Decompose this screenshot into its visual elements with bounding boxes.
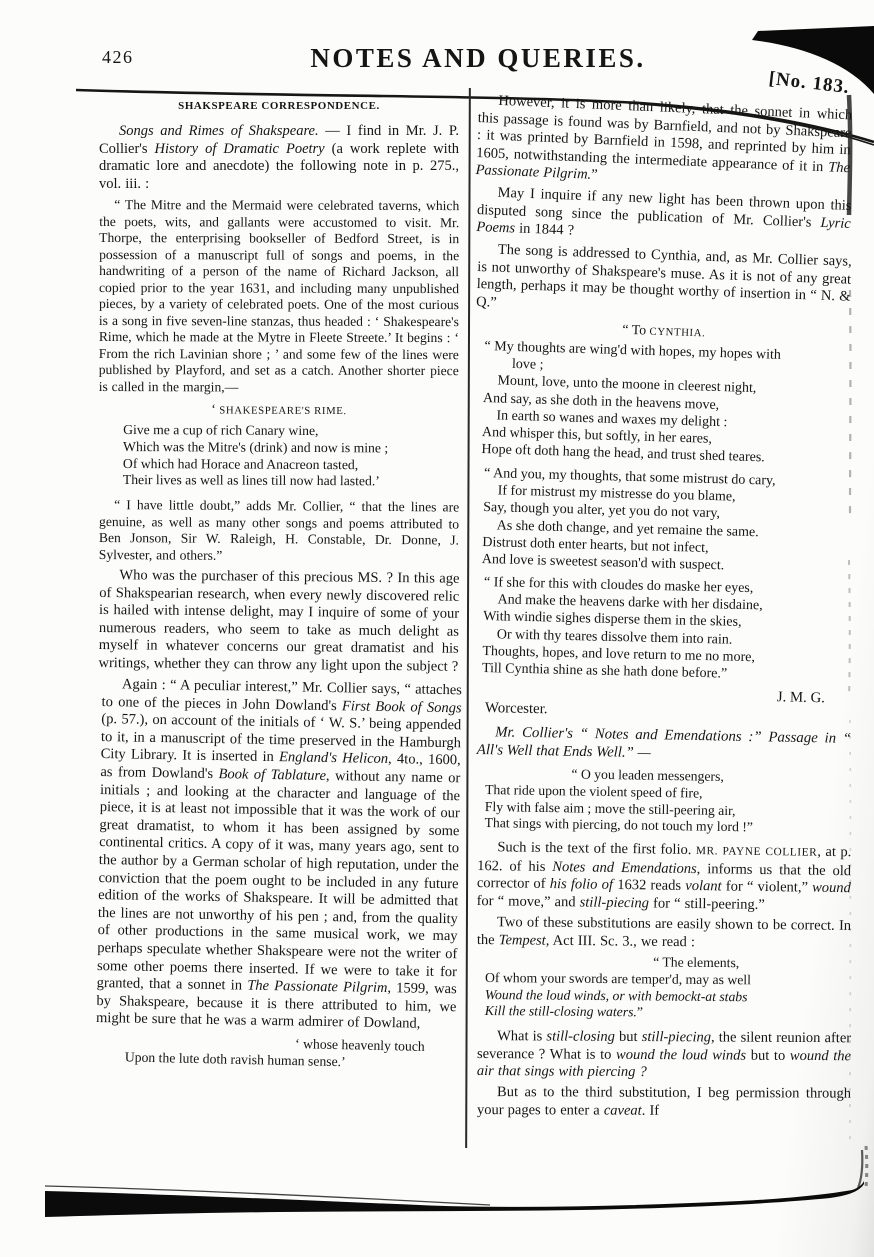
para-block: The song is addressed to Cynthia, and, a… — [476, 241, 852, 324]
text-run: but to — [746, 1047, 790, 1063]
bottom-edge-flick — [858, 1150, 862, 1188]
text-run: for “ move,” and — [477, 893, 580, 910]
para-block: Again : “ A peculiar interest,” Mr. Coll… — [96, 676, 462, 1034]
text-run: but — [615, 1028, 642, 1044]
text-run: , without any name or initials ; and loo… — [97, 768, 461, 994]
text-run: Worcester. — [485, 700, 548, 717]
verse-block: ‘ whose heavenly touchUpon the lute doth… — [107, 1032, 460, 1073]
stanza-block: “ If she for this with cloudes do maske … — [482, 574, 852, 686]
ital-head-block: Mr. Collier's “ Notes and Emendations :”… — [477, 724, 852, 766]
left-column: Shakspeare Correspondence.Songs and Rime… — [99, 96, 459, 1073]
text-run: Till Cynthia shine as she hath done befo… — [482, 661, 727, 682]
scanned-book-page: 426 NOTES AND QUERIES. [No. 183. Shakspe… — [0, 0, 874, 1257]
italic-text: volant — [685, 878, 721, 895]
para-block: May I inquire if any new light has been … — [476, 184, 852, 251]
text-run: for “ still-peering.” — [649, 895, 765, 913]
para-block: However, it is more than likely, that th… — [475, 92, 852, 195]
verse-head-block: ‘ Shakespeare's Rime. — [99, 401, 459, 419]
italic-text: his folio of — [550, 876, 613, 893]
small-caps-text: Mr. Payne Collier — [696, 845, 818, 859]
text-run: . If — [642, 1103, 659, 1119]
para-block: Two of these substitutions are easily sh… — [477, 914, 851, 953]
text-run: 1632 reads — [613, 877, 686, 894]
italic-text: England's Helicon — [279, 750, 388, 768]
verse-block: “ The elements,Of whom your swords are t… — [485, 953, 852, 1023]
bottom-edge-lead-line — [45, 1186, 490, 1205]
text-run: Of which had Horace and Anacreon tasted, — [123, 456, 358, 472]
italic-text: wound the loud winds — [616, 1046, 746, 1063]
para-block: Songs and Rimes of Shakspeare. — I find … — [99, 123, 459, 193]
text-run: But as to the third substitution, I beg … — [477, 1084, 851, 1118]
text-run: ” — [591, 167, 598, 183]
italic-text: Kill the still-closing waters. — [485, 1004, 637, 1020]
journal-title: NOTES AND QUERIES. — [118, 43, 838, 74]
italic-text: still-piecing — [642, 1029, 711, 1045]
text-run: Who was the purchaser of this precious M… — [98, 567, 459, 675]
text-run: However, it is more than likely, that th… — [476, 93, 853, 175]
text-run: love ; — [484, 356, 544, 373]
small-caps-text: Shakspeare Correspondence. — [178, 100, 380, 112]
bottom-edge-shadow — [45, 1181, 864, 1217]
text-run: J. M. G. — [777, 689, 825, 706]
stanza-block: “ My thoughts are wing'd with hopes, my … — [481, 338, 852, 469]
verse-line: Kill the still-closing waters.” — [485, 1004, 851, 1024]
verse-block: “ O you leaden messengers,That ride upon… — [484, 765, 851, 838]
para-block: Who was the purchaser of this precious M… — [98, 567, 459, 676]
para-block: But as to the third substitution, I beg … — [477, 1084, 851, 1121]
italic-text: The Passionate Pilgrim — [247, 978, 387, 996]
italic-text: Wound the loud winds, or with bemockt-at… — [485, 987, 748, 1004]
italic-text: still-closing — [546, 1028, 615, 1044]
text-run: Of whom your swords are temper'd, may as… — [485, 970, 751, 987]
quote-block: “ I have little doubt,” adds Mr. Collier… — [99, 497, 459, 566]
italic-text: History of Dramatic Poetry — [155, 141, 325, 157]
text-run: , Act III. Sc. 3., we read : — [546, 932, 695, 950]
stanza-block: “ And you, my thoughts, that some mistru… — [482, 465, 853, 578]
verse-block: Give me a cup of rich Canary wine,Which … — [123, 422, 459, 491]
small-caps-text: Shakespeare's Rime. — [219, 405, 346, 418]
text-run: “ The elements, — [653, 955, 739, 971]
para-block: What is still-closing but still-piecing,… — [477, 1028, 851, 1083]
text-run: Give me a cup of rich Canary wine, — [123, 422, 318, 438]
para-block: Such is the text of the first folio. Mr.… — [477, 839, 852, 916]
text-run: “ O you leaden messengers, — [571, 766, 724, 784]
text-run: What is — [497, 1028, 546, 1044]
italic-text: Book of Tablature — [218, 766, 326, 784]
text-run: Their lives as well as lines till now ha… — [123, 473, 380, 489]
text-run: ‘ whose heavenly touch — [295, 1036, 425, 1054]
text-run: Such is the text of the first folio. — [497, 839, 696, 858]
column-divider — [465, 88, 470, 1148]
text-run: “ I have little doubt,” adds Mr. Collier… — [99, 497, 459, 562]
bottom-edge-speck — [866, 1146, 867, 1188]
text-run: ” — [637, 1005, 643, 1020]
text-run: “ The Mitre and the Mermaid were celebra… — [99, 197, 460, 394]
italic-text: still-piecing — [580, 894, 649, 911]
quote-block: “ The Mitre and the Mermaid were celebra… — [99, 197, 460, 396]
italic-text: First Book of Songs — [342, 698, 462, 716]
italic-text: Songs and Rimes of Shakspeare. — [119, 123, 319, 139]
verse-line: Their lives as well as lines till now ha… — [123, 473, 459, 492]
sc-head-block: Shakspeare Correspondence. — [99, 98, 459, 114]
italic-text: caveat — [604, 1102, 642, 1118]
italic-text: Notes and Emendations — [552, 858, 697, 876]
right-column: However, it is more than likely, that th… — [477, 92, 851, 1123]
small-caps-text: Cynthia. — [649, 326, 705, 340]
text-run: Which was the Mitre's (drink) and now is… — [123, 439, 388, 455]
italic-text: Tempest — [499, 932, 546, 948]
text-run: “ To — [622, 322, 650, 338]
italic-text: wound — [812, 880, 851, 897]
italic-text: Mr. Collier's “ Notes and Emendations :”… — [477, 724, 852, 761]
text-run: That ride upon the violent speed of fire… — [485, 781, 703, 800]
text-run: The song is addressed to Cynthia, and, a… — [476, 241, 852, 310]
text-run: in 1844 ? — [515, 221, 575, 239]
text-run: for “ violent,” — [721, 878, 812, 895]
